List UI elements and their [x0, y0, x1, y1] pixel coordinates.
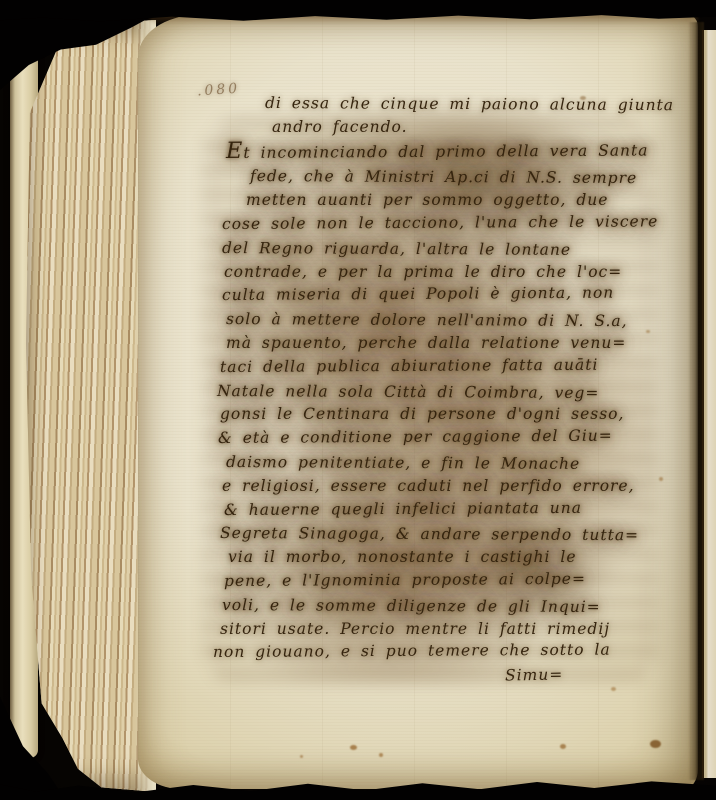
- foxing-spot: [611, 687, 616, 691]
- manuscript-text: di essa che cinque mi paiono alcuna giun…: [222, 92, 662, 665]
- manuscript-book-photo: .080 di essa che cinque mi paiono alcuna…: [0, 0, 716, 800]
- manuscript-line: gonsi le Centinara di persone d'ogni ses…: [220, 403, 662, 427]
- foxing-spot: [560, 744, 566, 749]
- manuscript-line: Et incominciando dal primo della vera Sa…: [226, 137, 662, 165]
- foxing-spot: [659, 477, 663, 481]
- manuscript-line: & hauerne quegli infelici piantata una: [224, 496, 662, 522]
- foxing-spot: [300, 755, 303, 758]
- manuscript-line: daismo penitentiate, e fin le Monache: [226, 451, 662, 477]
- manuscript-line: solo à mettere dolore nell'animo di N. S…: [226, 308, 662, 334]
- foxing-spot: [650, 740, 661, 748]
- foxing-spot: [379, 753, 383, 757]
- manuscript-line: di essa che cinque mi paiono alcuna giun…: [265, 92, 662, 118]
- manuscript-line: pene, e l'Ignominia proposte ai colpe=: [224, 567, 662, 593]
- facing-page-edge: [702, 30, 716, 778]
- foxing-spot: [646, 330, 650, 333]
- page-stack-deckled-edges: [26, 20, 156, 792]
- manuscript-line: metten auanti per sommo oggetto, due: [246, 189, 662, 213]
- catchword: Simu=: [505, 665, 564, 684]
- manuscript-line: voli, e le somme diligenze de gli Inqui=: [222, 594, 662, 620]
- manuscript-line: fede, che à Ministri Ap.ci di N.S. sempr…: [250, 165, 662, 191]
- manuscript-line: mà spauento, perche dalla relatione venu…: [226, 332, 662, 356]
- manuscript-line: taci della publica abiuratione fatta auā…: [220, 353, 662, 379]
- manuscript-line: e religiosi, essere caduti nel perfido e…: [222, 475, 662, 499]
- manuscript-line: culta miseria di quei Popoli è gionta, n…: [222, 282, 662, 308]
- foxing-spot: [580, 96, 586, 100]
- manuscript-line: via il morbo, nonostante i castighi le: [228, 546, 662, 570]
- manuscript-line: Segreta Sinagoga, & andare serpendo tutt…: [220, 522, 662, 548]
- manuscript-line: cose sole non le tacciono, l'una che le …: [222, 210, 662, 236]
- manuscript-line: & età e conditione per caggione del Giu=: [218, 424, 662, 451]
- manuscript-line: del Regno riguarda, l'altra le lontane: [222, 237, 662, 263]
- manuscript-line: Natale nella sola Città di Coimbra, veg=: [217, 380, 662, 406]
- foxing-spot: [350, 745, 357, 750]
- manuscript-line: andro facendo.: [272, 116, 662, 140]
- manuscript-line: non giouano, e si puo temere che sotto l…: [213, 639, 662, 666]
